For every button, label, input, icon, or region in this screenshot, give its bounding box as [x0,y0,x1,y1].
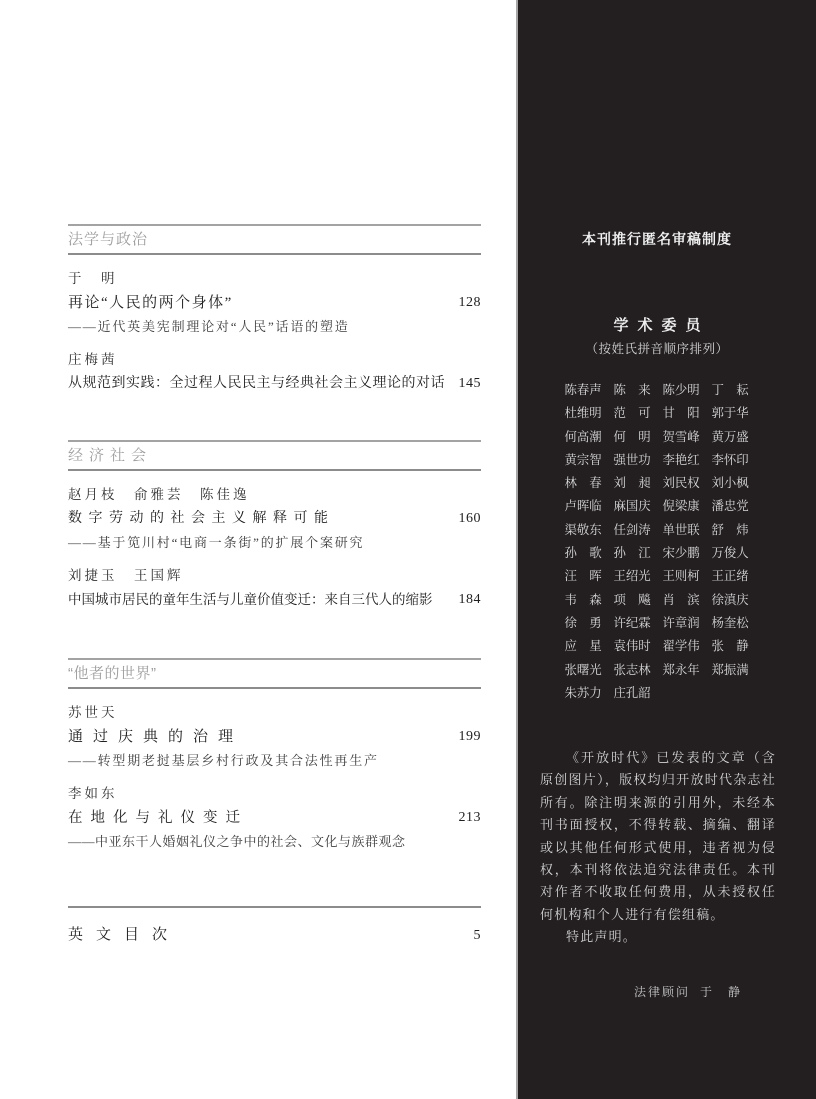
committee-member: 潘忠党 [712,496,750,519]
article-title-row: 中国城市居民的童年生活与儿童价值变迁：来自三代人的缩影184 [68,589,481,611]
committee-member: 强世功 [614,450,652,473]
committee-member: 王绍光 [614,566,652,589]
toc-article: 赵月枝 俞雅芸 陈佳逸数字劳动的社会主义解释可能160——基于笕川村“电商一条街… [68,485,481,552]
english-contents: 英文目次 5 [68,906,481,944]
committee-member: 渠敬东 [565,520,603,543]
committee-heading: 学术委员 [518,314,796,335]
section-title: 经济社会 [68,442,481,469]
article-title: 中国城市居民的童年生活与儿童价值变迁：来自三代人的缩影 [68,589,433,611]
divider [68,687,481,689]
committee-member: 孙 歌 [565,543,603,566]
committee-member: 任剑涛 [614,520,652,543]
committee-member: 舒 炜 [712,520,750,543]
article-page-number: 145 [459,373,482,395]
committee-member: 范 可 [614,403,652,426]
article-title: 数字劳动的社会主义解释可能 [68,508,335,530]
divider [68,253,481,255]
committee-member: 刘民权 [663,473,701,496]
article-page-number: 128 [459,292,482,314]
article-page-number: 199 [459,726,482,748]
legal-consultant-label: 法律顾问 [634,985,690,999]
committee-member: 项 飚 [614,590,652,613]
committee-member: 宋少鹏 [663,543,701,566]
article-page-number: 160 [459,508,482,530]
committee-member: 庄孔韶 [614,683,652,706]
committee-member: 翟学伟 [663,636,701,659]
committee-member: 郑振满 [712,660,750,683]
committee-member: 麻国庆 [614,496,652,519]
committee-member: 许章润 [663,613,701,636]
committee-member: 徐 勇 [565,613,603,636]
committee-member: 何高潮 [565,427,603,450]
committee-member: 刘小枫 [712,473,750,496]
committee-member: 单世联 [663,520,701,543]
copyright-paragraph: 《开放时代》已发表的文章（含原创图片），版权均归开放时代杂志社所有。除注明来源的… [540,747,776,926]
committee-member: 张志林 [614,660,652,683]
committee-member: 张 静 [712,636,750,659]
toc-article: 苏世天通过庆典的治理199——转型期老挝基层乡村行政及其合法性再生产 [68,703,481,770]
committee-sort-note: （按姓氏拼音顺序排列） [518,339,796,357]
committee-member: 万俊人 [712,543,750,566]
article-subtitle: ——转型期老挝基层乡村行政及其合法性再生产 [68,751,481,770]
committee-member: 李艳红 [663,450,701,473]
article-authors: 赵月枝 俞雅芸 陈佳逸 [68,485,481,504]
article-subtitle: ——中亚东干人婚姻礼仪之争中的社会、文化与族群观念 [68,832,481,851]
committee-member: 倪梁康 [663,496,701,519]
committee-member: 贺雪峰 [663,427,701,450]
article-authors: 于 明 [68,269,481,288]
copyright-notice: 《开放时代》已发表的文章（含原创图片），版权均归开放时代杂志社所有。除注明来源的… [540,747,776,949]
committee-member: 黄宗智 [565,450,603,473]
committee-member: 甘 阳 [663,403,701,426]
toc-section: “他者的世界”苏世天通过庆典的治理199——转型期老挝基层乡村行政及其合法性再生… [68,658,481,851]
committee-member: 杨奎松 [712,613,750,636]
committee-member: 杜维明 [565,403,603,426]
committee-member: 陈少明 [663,380,701,403]
committee-member: 郭于华 [712,403,750,426]
section-title: “他者的世界” [68,660,481,687]
committee-member: 肖 滨 [663,590,701,613]
toc-article: 李如东在地化与礼仪变迁213——中亚东干人婚姻礼仪之争中的社会、文化与族群观念 [68,784,481,851]
committee-member: 卢晖临 [565,496,603,519]
article-subtitle: ——近代英美宪制理论对“人民”话语的塑造 [68,317,481,336]
legal-consultant-name: 于 静 [700,985,742,999]
committee-member: 张曙光 [565,660,603,683]
committee-member: 孙 江 [614,543,652,566]
committee-member: 刘 昶 [614,473,652,496]
divider [68,469,481,471]
copyright-statement: 特此声明。 [540,926,776,948]
committee-member: 李怀印 [712,450,750,473]
committee-member: 应 星 [565,636,603,659]
toc-section: 经济社会赵月枝 俞雅芸 陈佳逸数字劳动的社会主义解释可能160——基于笕川村“电… [68,440,481,611]
committee-member: 韦 森 [565,590,603,613]
article-authors: 刘捷玉 王国辉 [68,566,481,585]
article-title: 通过庆典的治理 [68,726,243,748]
english-contents-label: 英文目次 [68,923,180,944]
article-authors: 苏世天 [68,703,481,722]
toc-panel: 法学与政治于 明再论“人民的两个身体”128——近代英美宪制理论对“人民”话语的… [68,0,481,1099]
section-title: 法学与政治 [68,226,481,253]
article-title: 在地化与礼仪变迁 [68,807,248,829]
article-page-number: 213 [459,807,482,829]
committee-member: 陈春声 [565,380,603,403]
article-title-row: 通过庆典的治理199 [68,726,481,748]
article-title-row: 数字劳动的社会主义解释可能160 [68,508,481,530]
article-title-row: 再论“人民的两个身体”128 [68,292,481,314]
committee-member: 汪 晖 [565,566,603,589]
article-title: 再论“人民的两个身体” [68,292,233,314]
committee-member: 王则柯 [663,566,701,589]
toc-article: 庄梅茜从规范到实践：全过程人民民主与经典社会主义理论的对话145 [68,350,481,395]
journal-contents-page: 法学与政治于 明再论“人民的两个身体”128——近代英美宪制理论对“人民”话语的… [0,0,816,1099]
anonymous-review-notice: 本刊推行匿名审稿制度 [518,229,796,249]
article-authors: 庄梅茜 [68,350,481,369]
committee-member: 丁 耘 [712,380,750,403]
committee-member: 王正绪 [712,566,750,589]
article-title-row: 在地化与礼仪变迁213 [68,807,481,829]
legal-consultant: 法律顾问于 静 [518,983,742,1000]
toc-article: 刘捷玉 王国辉中国城市居民的童年生活与儿童价值变迁：来自三代人的缩影184 [68,566,481,611]
committee-member: 黄万盛 [712,427,750,450]
committee-members: 陈春声陈 来陈少明丁 耘杜维明范 可甘 阳郭于华何高潮何 明贺雪峰黄万盛黄宗智强… [518,380,796,706]
article-subtitle: ——基于笕川村“电商一条街”的扩展个案研究 [68,533,481,552]
article-title: 从规范到实践：全过程人民民主与经典社会主义理论的对话 [68,373,445,395]
article-page-number: 184 [459,589,482,611]
committee-member: 许纪霖 [614,613,652,636]
english-contents-page-number: 5 [474,928,482,944]
committee-member: 林 春 [565,473,603,496]
info-panel: 本刊推行匿名审稿制度 学术委员 （按姓氏拼音顺序排列） 陈春声陈 来陈少明丁 耘… [516,0,816,1099]
toc-article: 于 明再论“人民的两个身体”128——近代英美宪制理论对“人民”话语的塑造 [68,269,481,336]
committee-member: 何 明 [614,427,652,450]
committee-member: 陈 来 [614,380,652,403]
committee-member: 袁伟时 [614,636,652,659]
committee-member: 朱苏力 [565,683,603,706]
article-authors: 李如东 [68,784,481,803]
article-title-row: 从规范到实践：全过程人民民主与经典社会主义理论的对话145 [68,373,481,395]
committee-member: 徐滇庆 [712,590,750,613]
toc-section: 法学与政治于 明再论“人民的两个身体”128——近代英美宪制理论对“人民”话语的… [68,224,481,395]
committee-member: 郑永年 [663,660,701,683]
